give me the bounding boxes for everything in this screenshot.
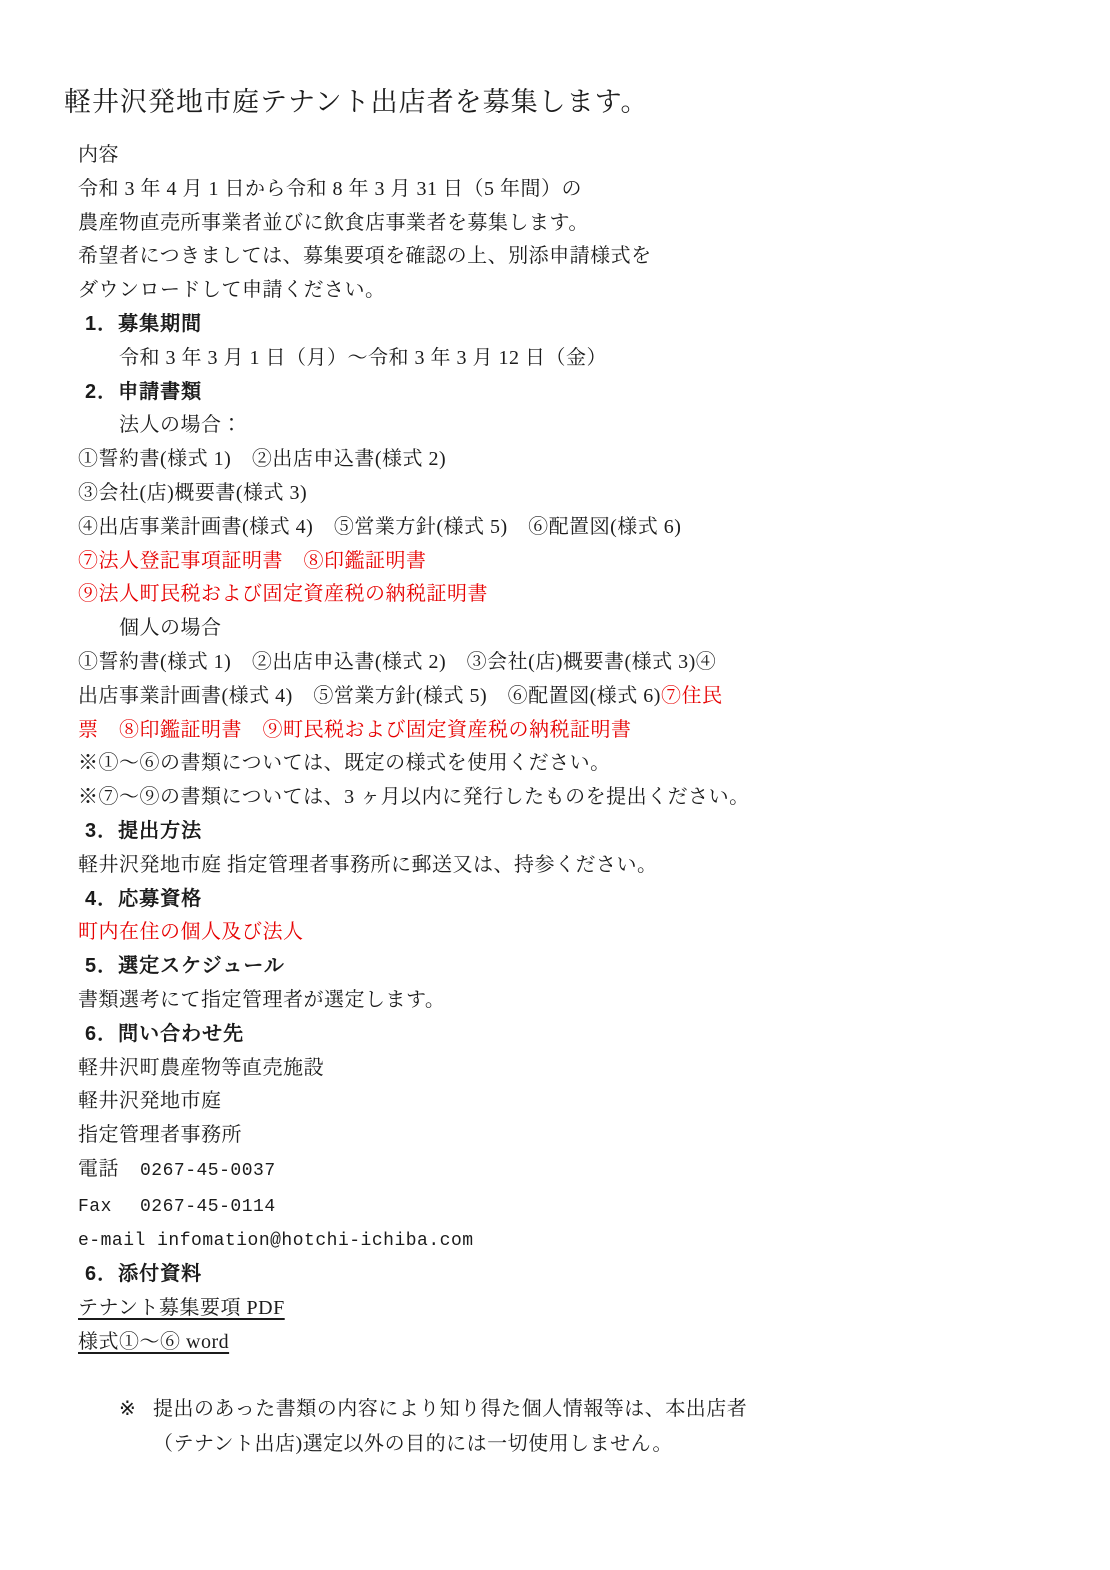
corporate-case-label: 法人の場合：	[119, 409, 1110, 443]
fax-number: 0267-45-0114	[140, 1197, 276, 1217]
phone-number: 0267-45-0037	[140, 1161, 276, 1181]
phone-label: 電話	[78, 1153, 140, 1187]
documents-note-2: ※⑦～⑨の書類については、3 ヶ月以内に発行したものを提出ください。	[78, 781, 1110, 815]
corporate-docs-line-3: ④出店事業計画書(様式 4) ⑤営業方針(様式 5) ⑥配置図(様式 6)	[78, 511, 1110, 545]
section4-heading: 4．応募資格	[85, 883, 1110, 917]
page-title: 軽井沢発地市庭テナント出店者を募集します。	[64, 84, 1110, 120]
contact-market-name: 軽井沢発地市庭	[78, 1085, 1110, 1119]
intro-line-2: 農産物直売所事業者並びに飲食店事業者を募集します。	[78, 207, 1110, 241]
individual-docs-line-2-black: 出店事業計画書(様式 4) ⑤営業方針(様式 5) ⑥配置図(様式 6)	[78, 685, 661, 707]
privacy-note: ※ 提出のあった書類の内容により知り得た個人情報等は、本出店者 （テナント出店)…	[119, 1392, 1110, 1462]
intro-line-1: 令和 3 年 4 月 1 日から令和 8 年 3 月 31 日（5 年間）の	[78, 173, 1110, 207]
submission-method: 軽井沢発地市庭 指定管理者事務所に郵送又は、持参ください。	[78, 849, 1110, 883]
contact-phone: 電話0267-45-0037	[78, 1153, 1110, 1189]
attachments-heading: 6．添付資料	[85, 1258, 1110, 1292]
individual-docs-line-1: ①誓約書(様式 1) ②出店申込書(様式 2) ③会社(店)概要書(様式 3)④	[78, 646, 1110, 680]
intro-heading: 内容	[78, 139, 1110, 173]
contact-email: e-mail infomation@hotchi-ichiba.com	[78, 1225, 1110, 1259]
tenant-guidelines-pdf-link[interactable]: テナント募集要項 PDF	[78, 1292, 285, 1326]
contact-fax: Fax0267-45-0114	[78, 1189, 1110, 1225]
corporate-docs-line-2: ③会社(店)概要書(様式 3)	[78, 477, 1110, 511]
corporate-docs-line-4: ⑦法人登記事項証明書 ⑧印鑑証明書	[78, 545, 1110, 579]
corporate-docs-line-1: ①誓約書(様式 1) ②出店申込書(様式 2)	[78, 443, 1110, 477]
reference-mark: ※	[119, 1392, 153, 1462]
individual-case-label: 個人の場合	[119, 612, 1110, 646]
fax-label: Fax	[78, 1191, 140, 1225]
contact-office: 指定管理者事務所	[78, 1119, 1110, 1153]
recruitment-period: 令和 3 年 3 月 1 日（月）～令和 3 年 3 月 12 日（金）	[119, 342, 1110, 376]
attachment-row-word: 様式①～⑥ word	[78, 1326, 1110, 1360]
intro-line-3: 希望者につきましては、募集要項を確認の上、別添申請様式を	[78, 240, 1110, 274]
document-body: 内容 令和 3 年 4 月 1 日から令和 8 年 3 月 31 日（5 年間）…	[0, 139, 1110, 1360]
privacy-note-text: 提出のあった書類の内容により知り得た個人情報等は、本出店者 （テナント出店)選定…	[153, 1392, 747, 1462]
contact-heading: 6．問い合わせ先	[85, 1018, 1110, 1052]
individual-docs-line-2-red: ⑦住民	[661, 685, 723, 707]
intro-line-4: ダウンロードして申請ください。	[78, 274, 1110, 308]
contact-facility: 軽井沢町農産物等直売施設	[78, 1052, 1110, 1086]
privacy-note-line-1: 提出のあった書類の内容により知り得た個人情報等は、本出店者	[153, 1392, 747, 1427]
eligibility: 町内在住の個人及び法人	[78, 916, 1110, 950]
documents-note-1: ※①～⑥の書類については、既定の様式を使用ください。	[78, 747, 1110, 781]
section1-heading: 1．募集期間	[85, 308, 1110, 342]
individual-docs-line-2: 出店事業計画書(様式 4) ⑤営業方針(様式 5) ⑥配置図(様式 6)⑦住民	[78, 680, 1110, 714]
section2-heading: 2．申請書類	[85, 376, 1110, 410]
corporate-docs-line-5: ⑨法人町民税および固定資産税の納税証明書	[78, 578, 1110, 612]
selection-schedule: 書類選考にて指定管理者が選定します。	[78, 984, 1110, 1018]
document-page: 軽井沢発地市庭テナント出店者を募集します。 内容 令和 3 年 4 月 1 日か…	[0, 0, 1110, 1570]
forms-word-link[interactable]: 様式①～⑥ word	[78, 1326, 229, 1360]
individual-docs-line-3: 票 ⑧印鑑証明書 ⑨町民税および固定資産税の納税証明書	[78, 714, 1110, 748]
section3-heading: 3．提出方法	[85, 815, 1110, 849]
section5-heading: 5．選定スケジュール	[85, 950, 1110, 984]
privacy-note-line-2: （テナント出店)選定以外の目的には一切使用しません。	[153, 1427, 747, 1462]
attachment-row-pdf: テナント募集要項 PDF	[78, 1292, 1110, 1326]
